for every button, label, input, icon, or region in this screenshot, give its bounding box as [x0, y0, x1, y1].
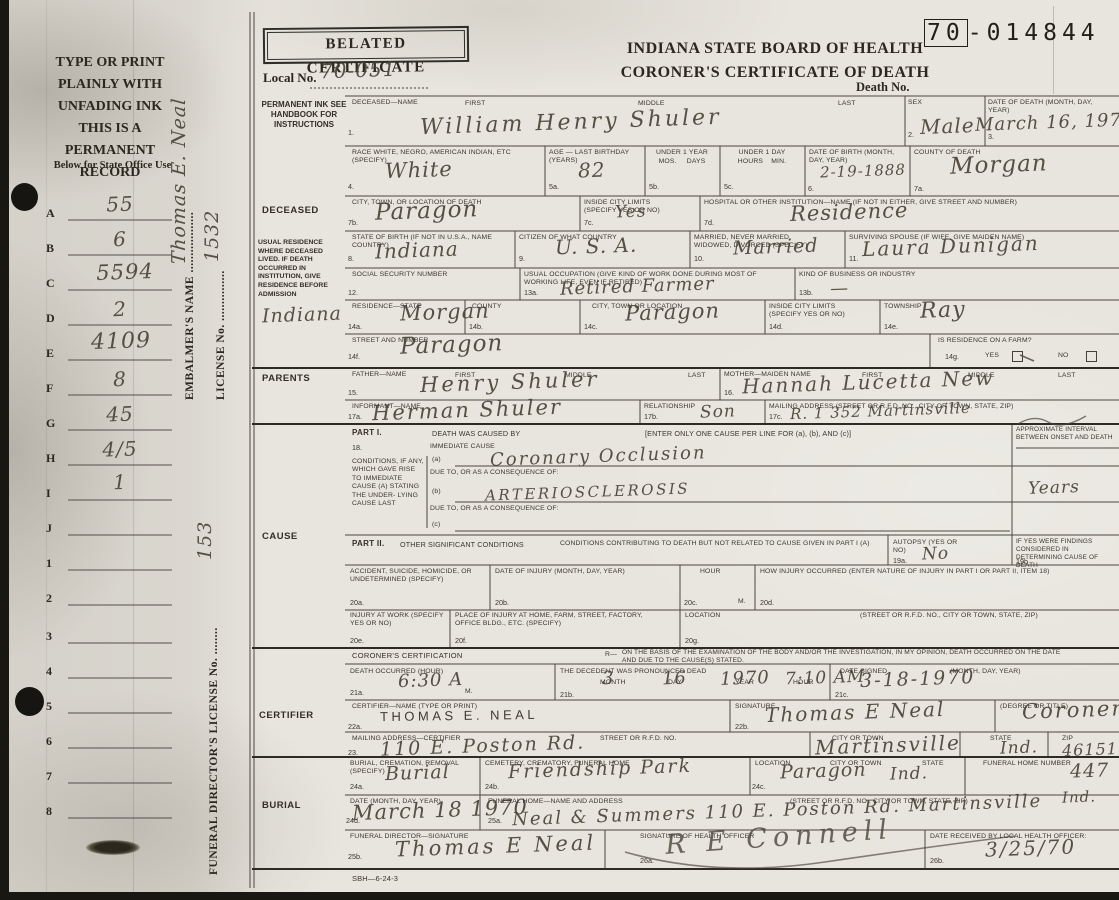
item-23-number: 23. — [348, 748, 358, 757]
item-20f-number: 20f. — [455, 636, 467, 645]
state-of-birth-value: Indiana — [375, 237, 460, 264]
embalmer-name-label: EMBALMER'S NAME .................. — [184, 254, 198, 400]
sex-value: Male — [920, 113, 975, 139]
death-no-label: Death No. — [856, 80, 909, 95]
item-14g-number: 14g. — [945, 352, 959, 361]
line-value: 1 — [70, 468, 171, 495]
line-value: 4/5 — [70, 435, 171, 462]
degree-title-value: Coroner — [1022, 696, 1119, 724]
date-of-birth-value: 2-19-1888 — [820, 161, 907, 182]
item-15-number: 15. — [348, 388, 358, 397]
due-to-label: DUE TO, OR AS A CONSEQUENCE OF: — [430, 469, 559, 477]
burial-type-value: Burial — [385, 761, 450, 785]
due-to-label: DUE TO, OR AS A CONSEQUENCE OF: — [430, 505, 559, 513]
line-key: D — [46, 311, 55, 326]
cause-a-label: (a) — [432, 456, 441, 464]
item-1-number: 1. — [348, 128, 354, 137]
certifier-state-value: Ind. — [1000, 737, 1039, 758]
item-14b-number: 14b. — [469, 322, 483, 331]
item-21a-number: 21a. — [350, 688, 364, 697]
hospital-label: HOSPITAL OR OTHER INSTITUTION—NAME (IF N… — [704, 199, 1114, 207]
residence-city-value: Paragon — [625, 298, 721, 325]
item-22a-number: 22a. — [348, 722, 362, 731]
findings-label: IF YES WERE FINDINGS CONSIDERED IN DETER… — [1016, 538, 1116, 570]
farm-no-label: NO — [1058, 352, 1069, 360]
item-7d-number: 7d. — [704, 218, 714, 227]
township-label: TOWNSHIP — [884, 303, 922, 311]
item-14f-number: 14f. — [348, 352, 360, 361]
embalmer-license-value: 1532 — [201, 167, 221, 262]
form-code: SBH—6-24-3 — [352, 874, 398, 883]
item-17b-number: 17b. — [644, 412, 658, 421]
item-19a-number: 19a. — [893, 556, 907, 565]
citizen-value: U. S. A. — [555, 233, 638, 260]
notice-line: PLAINLY WITH — [30, 74, 190, 96]
line-key: 2 — [46, 591, 52, 606]
cause-c-label: (c) — [432, 521, 440, 529]
line-key: 4 — [46, 664, 52, 679]
certifier-name-value: THOMAS E. NEAL — [380, 707, 538, 724]
scanned-death-certificate: TYPE OR PRINT PLAINLY WITH UNFADING INK … — [0, 0, 1119, 900]
injury-hour-m-label: M. — [738, 598, 746, 606]
last-header: LAST — [1058, 372, 1076, 380]
last-header: LAST — [838, 100, 856, 108]
date-received-value: 3/25/70 — [985, 834, 1077, 861]
funeral-home-number-value: 447 — [1070, 759, 1110, 782]
item-14a-number: 14a. — [348, 322, 362, 331]
coroner-certification-label: CORONER'S CERTIFICATION — [352, 651, 463, 660]
line-key: G — [46, 416, 55, 431]
burial-city-value: Paragon — [780, 758, 867, 783]
item-7c-number: 7c. — [584, 218, 594, 227]
burial-state-value: Ind. — [890, 763, 929, 784]
item-24a-number: 24a. — [350, 782, 364, 791]
accident-suicide-label: ACCIDENT, SUICIDE, HOMICIDE, OR UNDETERM… — [350, 568, 485, 585]
item-20d-number: 20d. — [760, 598, 774, 607]
hospital-value: Residence — [790, 198, 909, 226]
line-key: H — [46, 451, 55, 466]
street-rfd-header: STREET OR R.F.D. NO. — [600, 735, 677, 743]
item-17c-number: 17c. — [769, 412, 783, 421]
pronounced-month-value: 3 — [602, 668, 615, 689]
line-value: 6 — [70, 225, 171, 252]
injury-hour-label: HOUR — [700, 568, 721, 576]
place-of-injury-label: PLACE OF INJURY AT HOME, FARM, STREET, F… — [455, 612, 670, 629]
line-key: 8 — [46, 804, 52, 819]
funeral-home-number-label: FUNERAL HOME NUMBER — [983, 760, 1071, 768]
item-20c-number: 20c. — [684, 598, 698, 607]
county-of-death-value: Morgan — [950, 150, 1048, 179]
item-5a-number: 5a. — [549, 182, 559, 191]
under-1-year-label: UNDER 1 YEAR — [649, 149, 715, 157]
first-header: FIRST — [465, 100, 485, 108]
funeral-home-state-value: Ind. — [1062, 787, 1097, 806]
under-1-year-sub: MOS. DAYS — [649, 158, 715, 166]
cause-b-interval-value: Years — [1028, 477, 1080, 499]
belated-certificate-stamp-text: BELATED CERTIFICATE — [267, 30, 465, 60]
item-21b-number: 21b. — [560, 690, 574, 699]
conditions-label: CONDITIONS, IF ANY, WHICH GAVE RISE TO I… — [352, 458, 426, 509]
ssn-label: SOCIAL SECURITY NUMBER — [352, 271, 447, 279]
line-key: 6 — [46, 734, 52, 749]
caused-by-label: DEATH WAS CAUSED BY — [432, 429, 520, 438]
item-26a-number: 26a. — [640, 856, 654, 865]
street-number-value: Paragon — [400, 330, 504, 360]
farm-yes-checkbox — [1012, 351, 1023, 362]
under-1-day-label: UNDER 1 DAY — [724, 149, 800, 157]
item-20g-number: 20g. — [685, 636, 699, 645]
item-12-number: 12. — [348, 288, 358, 297]
gutter-usual-residence: USUAL RESIDENCE WHERE DECEASED LIVED. IF… — [258, 239, 342, 299]
relationship-label: RELATIONSHIP — [644, 403, 695, 411]
residence-county-value: Morgan — [400, 298, 490, 325]
line-value: 45 — [70, 400, 171, 427]
part2-label: PART II. — [352, 539, 384, 548]
industry-label: KIND OF BUSINESS OR INDUSTRY — [799, 271, 916, 279]
certificate-number-stamp: 70-014844 — [924, 20, 1100, 46]
gutter-parents: PARENTS — [262, 373, 310, 384]
coroner-r-label: R— — [605, 651, 617, 659]
line-key: A — [46, 206, 55, 221]
residence-limits-label: INSIDE CITY LIMITS (SPECIFY YES OR NO) — [769, 303, 864, 320]
item-25b-number: 25b. — [348, 852, 362, 861]
line-value: 55 — [70, 190, 171, 217]
part1-label: PART I. — [352, 428, 382, 437]
item-2-number: 2. — [908, 130, 914, 139]
gutter-permanent-ink: PERMANENT INK SEE HANDBOOK FOR INSTRUCTI… — [258, 100, 350, 130]
interval-label: APPROXIMATE INTERVAL BETWEEN ONSET AND D… — [1016, 426, 1116, 442]
gutter-certifier: CERTIFIER — [259, 710, 314, 721]
item-26b-number: 26b. — [930, 856, 944, 865]
item-11-number: 11. — [849, 254, 858, 263]
injury-location-sub: (STREET OR R.F.D. NO., CITY OR TOWN, STA… — [860, 612, 1038, 620]
notice-line: UNFADING INK — [30, 96, 190, 118]
item-20a-number: 20a. — [350, 598, 364, 607]
item-16-number: 16. — [724, 388, 734, 397]
residence-farm-label: IS RESIDENCE ON A FARM? — [938, 337, 1032, 345]
item-8-number: 8. — [348, 254, 354, 263]
embalmer-name-value: Thomas E. Neal — [168, 79, 188, 265]
certificate-number-prefix: 70 — [924, 19, 968, 47]
under-1-day-sub: HOURS MIN. — [724, 158, 800, 166]
notice-line: PERMANENT — [30, 140, 190, 162]
line-key: J — [46, 521, 52, 536]
pronounced-year-value: 1970 — [720, 667, 771, 690]
gutter-cause: CAUSE — [262, 531, 298, 542]
item-13a-number: 13a. — [524, 288, 538, 297]
item-13b-number: 13b. — [799, 288, 813, 297]
death-hour-m-label: M. — [465, 688, 473, 696]
line-value: 4109 — [66, 327, 177, 356]
township-value: Ray — [920, 297, 966, 324]
coroner-statement: ON THE BASIS OF THE EXAMINATION OF THE B… — [622, 649, 1074, 665]
certificate-number-digits: 014844 — [987, 20, 1100, 46]
injury-at-work-label: INJURY AT WORK (SPECIFY YES OR NO) — [350, 612, 450, 629]
immediate-cause-label: IMMEDIATE CAUSE — [430, 443, 495, 451]
residence-state-value: Indiana — [262, 303, 343, 328]
father-name-label: FATHER—NAME — [352, 371, 406, 379]
line-key: 3 — [46, 629, 52, 644]
gutter-burial: BURIAL — [262, 800, 301, 811]
certificate-number-sep: - — [968, 20, 987, 46]
deceased-name-label: DECEASED—NAME — [352, 99, 418, 107]
date-of-injury-label: DATE OF INJURY (MONTH, DAY, YEAR) — [495, 568, 675, 576]
industry-value: — — [830, 278, 850, 300]
line-key: E — [46, 346, 54, 361]
item-17a-number: 17a. — [348, 412, 362, 421]
gutter-deceased: DECEASED — [262, 205, 319, 216]
death-hour-value: 6:30 A — [398, 669, 464, 692]
injury-location-label: LOCATION — [685, 612, 720, 620]
inside-limits-value: Yes — [615, 201, 647, 222]
local-no-label: Local No. — [263, 70, 316, 86]
farm-no-checkbox — [1086, 351, 1097, 362]
line-key: C — [46, 276, 55, 291]
notice-line: THIS IS A — [30, 118, 190, 140]
marital-status-value: Married — [733, 235, 819, 260]
sex-label: SEX — [908, 99, 922, 107]
local-no-value: 70-051 — [320, 57, 397, 84]
item-10-number: 10. — [694, 254, 704, 263]
line-key: 7 — [46, 769, 52, 784]
part2-subtitle: CONDITIONS CONTRIBUTING TO DEATH BUT NOT… — [560, 540, 880, 548]
line-value: 8 — [70, 365, 171, 392]
item-18-number: 18. — [352, 443, 362, 452]
item-4-number: 4. — [348, 182, 354, 191]
date-signed-value: 3-18-1970 — [860, 666, 976, 692]
certifier-zip-value: 46151 — [1062, 739, 1119, 760]
line-value: 5594 — [70, 258, 181, 286]
item-20b-number: 20b. — [495, 598, 509, 607]
item-25a-number: 25a. — [488, 816, 502, 825]
certifier-city-value: Martinsville — [815, 730, 962, 759]
pronounced-dead-label: THE DECEDENT WAS PRONOUNCED DEAD — [560, 668, 820, 676]
last-header: LAST — [688, 372, 706, 380]
embalmer-license-label: LICENSE No. ............... — [215, 264, 229, 400]
city-of-death-value: Paragon — [375, 196, 479, 226]
item-5c-number: 5c. — [724, 182, 734, 191]
item-14d-number: 14d. — [769, 322, 783, 331]
age-value: 82 — [578, 158, 606, 183]
line-value: 2 — [70, 295, 171, 322]
line-key: F — [46, 381, 53, 396]
enter-one-cause-label: [ENTER ONLY ONE CAUSE PER LINE FOR (a), … — [645, 429, 851, 438]
item-5b-number: 5b. — [649, 182, 659, 191]
line-key: B — [46, 241, 54, 256]
item-22b-number: 22b. — [735, 722, 749, 731]
part2-title: OTHER SIGNIFICANT CONDITIONS — [400, 540, 524, 549]
farm-yes-label: YES — [985, 352, 999, 360]
notice-line: TYPE OR PRINT — [30, 52, 190, 74]
item-14e-number: 14e. — [884, 322, 898, 331]
item-7a-number: 7a. — [914, 184, 924, 193]
line-key: I — [46, 486, 51, 501]
item-19b-number: 19b — [1016, 557, 1028, 566]
item-24b-number: 24b. — [485, 782, 499, 791]
pronounced-day-value: 16 — [662, 668, 688, 690]
line-key: 5 — [46, 699, 52, 714]
how-injury-label: HOW INJURY OCCURRED (ENTER NATURE OF INJ… — [760, 568, 1105, 576]
autopsy-value: No — [922, 544, 950, 565]
item-20e-number: 20e. — [350, 636, 364, 645]
funeral-director-license-label: FUNERAL DIRECTOR'S LICENSE No. ........ — [208, 553, 222, 875]
cause-b-label: (b) — [432, 488, 441, 496]
item-9-number: 9. — [519, 254, 525, 263]
line-key: 1 — [46, 556, 52, 571]
funeral-director-license-value: 153 — [194, 500, 214, 560]
item-21c-number: 21c. — [835, 690, 849, 699]
race-value: White — [385, 157, 453, 183]
item-7b-number: 7b. — [348, 218, 358, 227]
item-14c-number: 14c. — [584, 322, 598, 331]
item-24c-number: 24c. — [752, 782, 766, 791]
form-title-line2: CORONER'S CERTIFICATE OF DEATH — [530, 64, 1020, 82]
item-6-number: 6. — [808, 184, 814, 193]
relationship-value: Son — [700, 401, 737, 422]
